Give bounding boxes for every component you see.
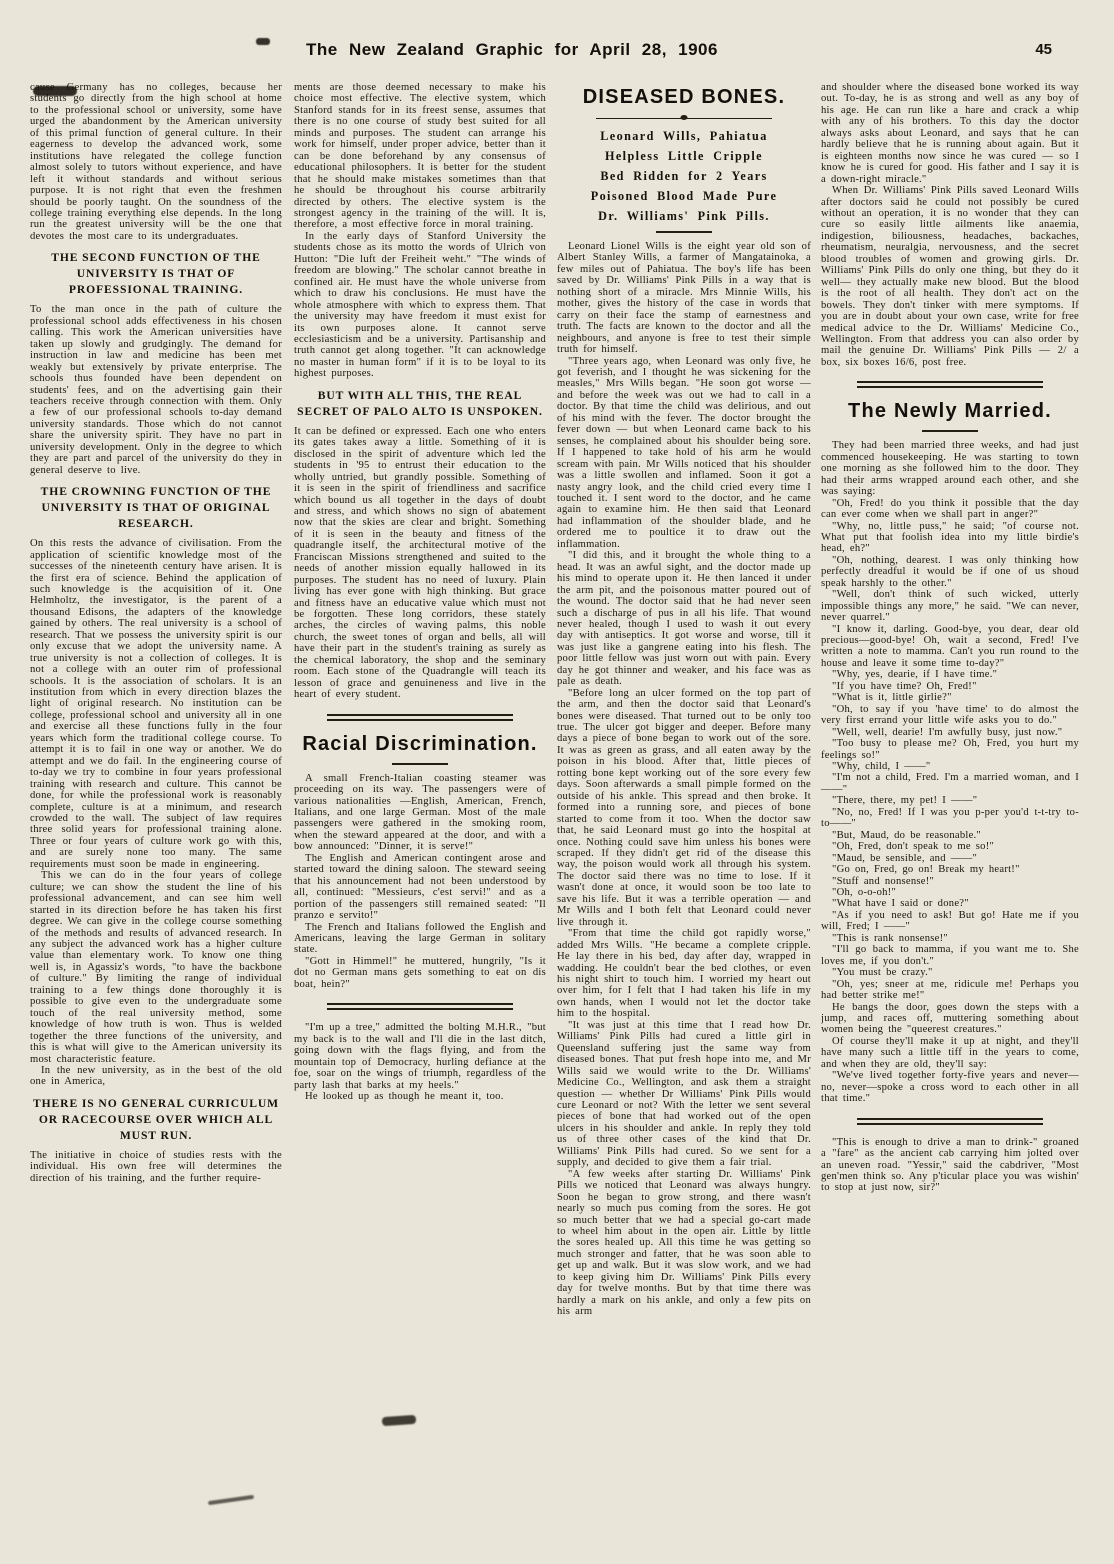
article-subheading: Poisoned Blood Made Pure (557, 189, 811, 204)
paragraph: "Why, no, little puss," he said; "of cou… (821, 521, 1079, 555)
paragraph: "I'll go back to mamma, if you want me t… (821, 944, 1079, 967)
paragraph: "Three years ago, when Leonard was only … (557, 356, 811, 551)
column-3: DISEASED BONES.Leonard Wills, PahiatuaHe… (557, 82, 811, 1554)
paragraph: cause Germany has no colleges, because h… (30, 82, 282, 242)
paragraph: "Oh, nothing, dearest. I was only thinki… (821, 555, 1079, 589)
paragraph: On this rests the advance of civilisatio… (30, 538, 282, 870)
article-subheading: Bed Ridden for 2 Years (557, 169, 811, 184)
paragraph: "Too busy to please me? Oh, Fred, you hu… (821, 738, 1079, 761)
section-heading: THE SECOND FUNCTION OF THE UNIVERSITY IS… (32, 250, 280, 298)
paragraph: "This is rank nonsense!" (821, 933, 1079, 944)
paragraph: "Why, child, I ——" (821, 761, 1079, 772)
paragraph: "I'm up a tree," admitted the bolting M.… (294, 1022, 546, 1091)
paragraph: "Go on, Fred, go on! Break my heart!" (821, 864, 1079, 875)
paragraph: A small French-Italian coasting steamer … (294, 773, 546, 853)
paragraph: When Dr. Williams' Pink Pills saved Leon… (821, 185, 1079, 368)
paragraph: "You must be crazy." (821, 967, 1079, 978)
paragraph: "I did this, and it brought the whole th… (557, 550, 811, 687)
paragraph: "What have I said or done?" (821, 898, 1079, 909)
paragraph: The French and Italians followed the Eng… (294, 922, 546, 956)
paragraph: He bangs the door, goes down the steps w… (821, 1002, 1079, 1036)
column-4: and shoulder where the diseased bone wor… (821, 82, 1079, 1554)
paragraph: "Before long an ulcer formed on the top … (557, 688, 811, 929)
paragraph: The English and American contingent aros… (294, 853, 546, 922)
paragraph: "Well, well, dearie! I'm awfully busy, j… (821, 727, 1079, 738)
newspaper-page: { "page": { "masthead": "The New Zealand… (0, 0, 1114, 1564)
paragraph: "If you have time? Oh, Fred!" (821, 681, 1079, 692)
paragraph: "I'm not a child, Fred. I'm a married wo… (821, 772, 1079, 795)
page-header: The New Zealand Graphic for April 28, 19… (0, 40, 1114, 70)
column-2: ments are those deemed necessary to make… (294, 82, 546, 1554)
section-heading: THE CROWNING FUNCTION OF THE UNIVERSITY … (32, 484, 280, 532)
masthead-title: The New Zealand Graphic for April 28, 19… (0, 40, 1024, 60)
paragraph: In the early days of Stanford University… (294, 231, 546, 380)
rule-separator (392, 763, 448, 765)
rule-separator (922, 430, 978, 432)
paragraph: "What is it, little girlie?" (821, 692, 1079, 703)
paragraph: "No, no, Fred! If I was you p-per you'd … (821, 807, 1079, 830)
paragraph: "It was just at this time that I read ho… (557, 1020, 811, 1169)
paragraph: "Maud, be sensible, and ——" (821, 853, 1079, 864)
column-1: cause Germany has no colleges, because h… (30, 82, 282, 1554)
article-title: DISEASED BONES. (557, 86, 811, 109)
paragraph: "Oh, Fred, don't speak to me so!" (821, 841, 1079, 852)
paragraph: "There, there, my pet! I ——" (821, 795, 1079, 806)
page-number: 45 (1035, 41, 1052, 58)
paragraph: "I know it, darling. Good-bye, you dear,… (821, 624, 1079, 670)
paragraph: and shoulder where the diseased bone wor… (821, 82, 1079, 185)
paragraph: ments are those deemed necessary to make… (294, 82, 546, 231)
double-rule-separator (327, 1003, 513, 1010)
paragraph: "This is enough to drive a man to drink-… (821, 1137, 1079, 1194)
paragraph: He looked up as though he meant it, too. (294, 1091, 546, 1102)
double-rule-separator (857, 1118, 1043, 1125)
article-title: Racial Discrimination. (294, 733, 546, 756)
paragraph: "Oh, yes; sneer at me, ridicule me! Perh… (821, 979, 1079, 1002)
rule-separator (656, 231, 712, 233)
double-rule-separator (327, 714, 513, 721)
paragraph: "Oh, to say if you 'have time' to do alm… (821, 704, 1079, 727)
paragraph: "A few weeks after starting Dr. Williams… (557, 1169, 811, 1318)
paragraph: "Stuff and nonsense!" (821, 876, 1079, 887)
paragraph: "As if you need to ask! But go! Hate me … (821, 910, 1079, 933)
article-subheading: Dr. Williams' Pink Pills. (557, 209, 811, 224)
article-subheading: Leonard Wills, Pahiatua (557, 129, 811, 144)
paragraph: To the man once in the path of culture t… (30, 304, 282, 476)
paragraph: "Oh, Fred! do you think it possible that… (821, 498, 1079, 521)
paragraph: "But, Maud, do be reasonable." (821, 830, 1079, 841)
paragraph: They had been married three weeks, and h… (821, 440, 1079, 497)
article-subheading: Helpless Little Cripple (557, 149, 811, 164)
rule-dot-separator (596, 118, 772, 119)
paragraph: This we can do in the four years of coll… (30, 870, 282, 1065)
paragraph: It can be defined or expressed. Each one… (294, 426, 546, 701)
paragraph: "Gott in Himmel!" he muttered, hungrily,… (294, 956, 546, 990)
paragraph: In the new university, as in the best of… (30, 1065, 282, 1088)
paragraph: Leonard Lionel Wills is the eight year o… (557, 241, 811, 356)
paragraph: The initiative in choice of studies rest… (30, 1150, 282, 1184)
section-heading: BUT WITH ALL THIS, THE REAL SECRET OF PA… (296, 388, 544, 420)
paragraph: "From that time the child got rapidly wo… (557, 928, 811, 1020)
paragraph: "Well, don't think of such wicked, utter… (821, 589, 1079, 623)
paragraph: "Oh, o-o-oh!" (821, 887, 1079, 898)
paragraph: "We've lived together forty-five years a… (821, 1070, 1079, 1104)
paragraph: "Why, yes, dearie, if I have time." (821, 669, 1079, 680)
paragraph: Of course they'll make it up at night, a… (821, 1036, 1079, 1070)
section-heading: THERE IS NO GENERAL CURRICULUM OR RACECO… (32, 1096, 280, 1144)
double-rule-separator (857, 381, 1043, 388)
article-title: The Newly Married. (821, 400, 1079, 423)
